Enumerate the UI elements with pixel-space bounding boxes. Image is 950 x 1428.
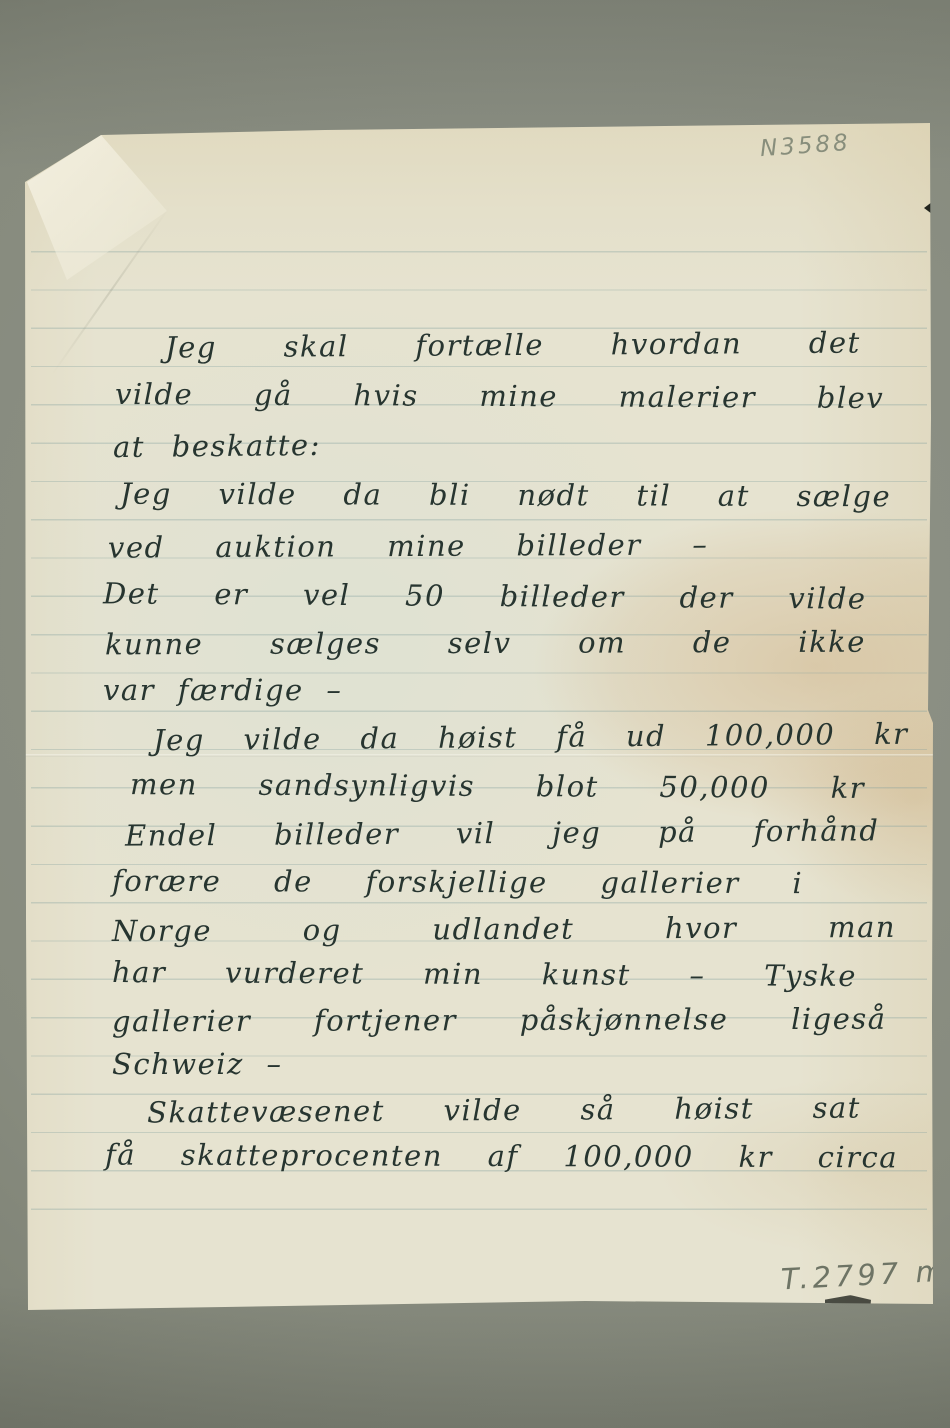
handwriting-line: at beskatte: bbox=[113, 428, 321, 464]
paper-sheet: N3588 Jeg skal fortælle hvordan det vild… bbox=[25, 118, 933, 1310]
handwriting-line: Endel billeder vil jeg på forhånd bbox=[125, 813, 880, 852]
handwriting-line: men sandsynligvis blot 50,000 kr bbox=[130, 767, 865, 805]
handwriting-line: Jeg vilde da bli nødt til at sælge bbox=[120, 477, 891, 514]
tear-mark bbox=[825, 1294, 871, 1305]
archive-number-top: N3588 bbox=[759, 130, 851, 162]
handwriting-line: Norge og udlandet hvor man bbox=[112, 910, 896, 948]
handwriting-line: vilde gå hvis mine malerier blev bbox=[115, 377, 884, 415]
handwriting-line: har vurderet min kunst – Tyske bbox=[112, 955, 857, 993]
handwriting-line: var færdige – bbox=[103, 673, 342, 707]
handwriting-line: Det er vel 50 billeder der vilde bbox=[103, 576, 867, 615]
handwriting-line: ved auktion mine billeder – bbox=[108, 527, 709, 564]
handwriting-line: få skatteprocenten af 100,000 kr circa bbox=[105, 1138, 898, 1175]
handwriting-line: forære de forskjellige gallerier i bbox=[112, 864, 803, 900]
handwriting-line: gallerier fortjener påskjønnelse ligeså bbox=[112, 1002, 887, 1039]
handwriting-line: Jeg vilde da høist få ud 100,000 kr bbox=[153, 717, 909, 758]
handwriting-line: Jeg skal fortælle hvordan det bbox=[165, 326, 861, 365]
photo-background: N3588 Jeg skal fortælle hvordan det vild… bbox=[0, 0, 950, 1428]
handwriting-line: kunne sælges selv om de ikke bbox=[105, 625, 866, 662]
handwriting-line: Schweiz – bbox=[112, 1047, 283, 1081]
edge-notch bbox=[924, 202, 932, 214]
archive-number-bottom: T.2797 m bbox=[780, 1254, 948, 1297]
handwriting-line: Skattevæsenet vilde så høist sat bbox=[147, 1091, 861, 1130]
